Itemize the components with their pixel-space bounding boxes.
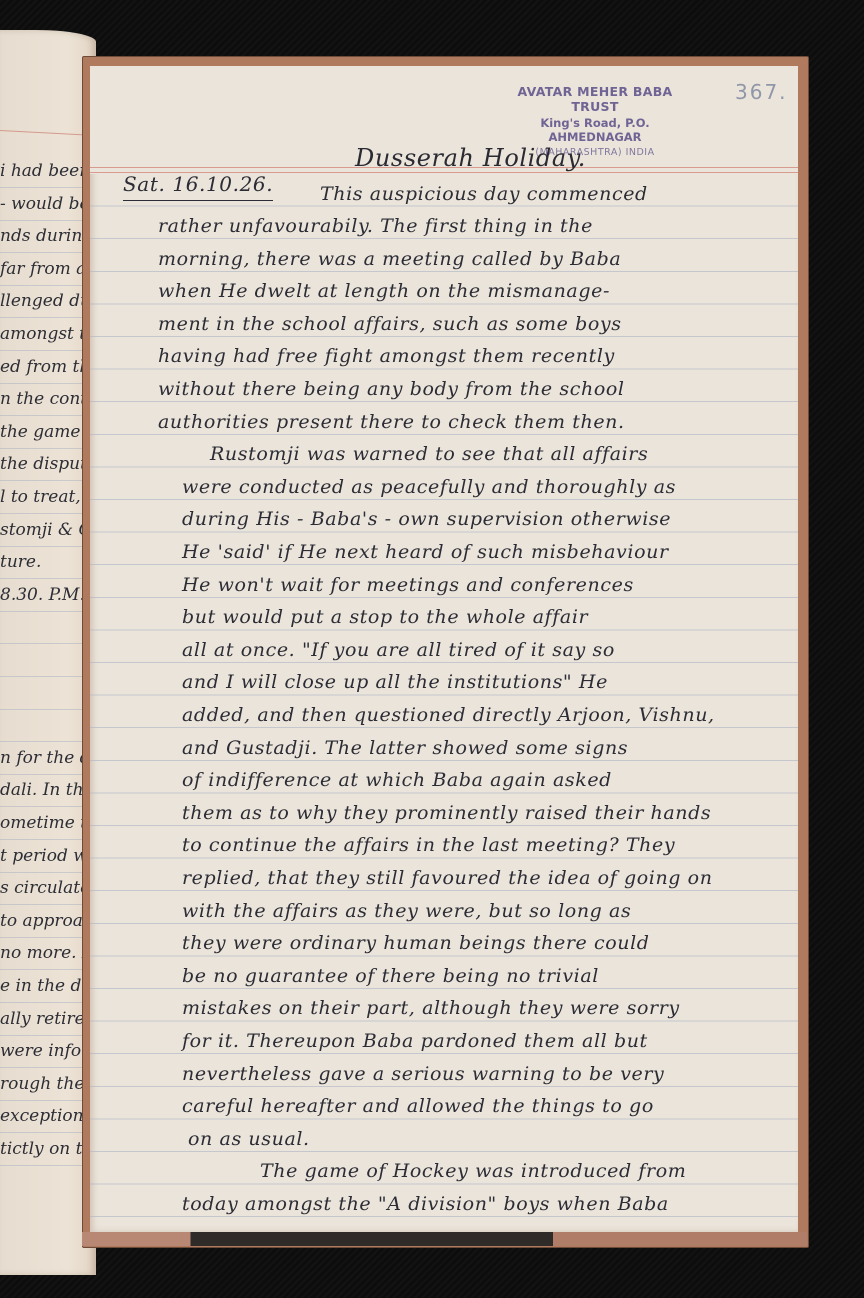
entry-line: all at once. "If you are all tired of it… — [182, 634, 615, 667]
entry-line: with the affairs as they were, but so lo… — [182, 895, 631, 928]
entry-date: Sat. 16.10.26. — [123, 172, 273, 201]
page-number: 367. — [735, 80, 788, 104]
entry-line: were conducted as peacefully and thoroug… — [182, 471, 676, 504]
entry-line: nevertheless gave a serious warning to b… — [182, 1058, 664, 1091]
entry-first-line: This auspicious day commenced — [320, 178, 648, 211]
stamp-line-1: AVATAR MEHER BABA TRUST — [495, 84, 695, 114]
entry-line: for it. Thereupon Baba pardoned them all… — [182, 1025, 648, 1058]
entry-line: He 'said' if He next heard of such misbe… — [182, 536, 669, 569]
entry-line: replied, that they still favoured the id… — [182, 862, 713, 895]
entry-line: when He dwelt at length on the mismanage… — [158, 275, 610, 308]
entry-line: they were ordinary human beings there co… — [182, 927, 650, 960]
entry-line: added, and then questioned directly Arjo… — [182, 699, 715, 732]
entry-line: today amongst the "A division" boys when… — [182, 1188, 669, 1221]
entry-line: He won't wait for meetings and conferenc… — [182, 569, 634, 602]
entry-line: morning, there was a meeting called by B… — [158, 243, 621, 276]
entry-line: but would put a stop to the whole affair — [182, 601, 588, 634]
entry-line: and Gustadji. The latter showed some sig… — [182, 732, 628, 765]
entry-line: The game of Hockey was introduced from — [260, 1155, 686, 1188]
entry-line: be no guarantee of there being no trivia… — [182, 960, 599, 993]
entry-line: them as to why they prominently raised t… — [182, 797, 711, 830]
entry-title: Dusserah Holiday. — [355, 144, 586, 172]
entry-line: and I will close up all the institutions… — [182, 666, 608, 699]
stamp-line-2: King's Road, P.O. AHMEDNAGAR — [495, 116, 695, 144]
entry-line: Rustomji was warned to see that all affa… — [210, 438, 648, 471]
entry-line: of indifference at which Baba again aske… — [182, 764, 612, 797]
entry-line: careful hereafter and allowed the things… — [182, 1090, 654, 1123]
entry-line: authorities present there to check them … — [158, 406, 625, 439]
entry-line: mistakes on their part, although they we… — [182, 992, 680, 1025]
entry-line: without there being any body from the sc… — [158, 373, 625, 406]
book-bottom-edge — [82, 1232, 807, 1246]
entry-line: on as usual. — [188, 1123, 310, 1156]
entry-line: ment in the school affairs, such as some… — [158, 308, 622, 341]
entry-line: rather unfavourabily. The first thing in… — [158, 210, 593, 243]
entry-line: having had free fight amongst them recen… — [158, 340, 615, 373]
entry-line: during His - Baba's - own supervision ot… — [182, 503, 671, 536]
diary-page: AVATAR MEHER BABA TRUST King's Road, P.O… — [90, 66, 798, 1232]
entry-line: to continue the affairs in the last meet… — [182, 829, 675, 862]
